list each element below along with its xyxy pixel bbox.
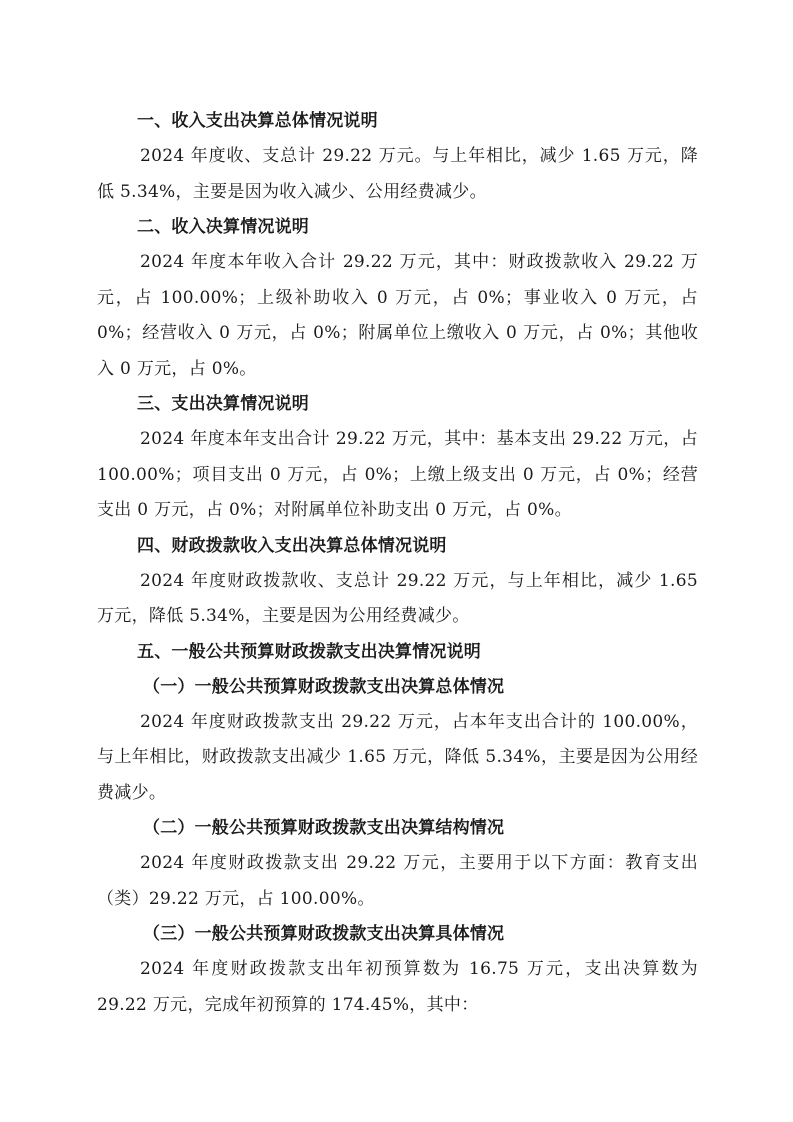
document-page: 一、收入支出决算总体情况说明 2024 年度收、支总计 29.22 万元。与上年… (97, 104, 698, 1023)
subsection-heading-5-1: （一）一般公共预算财政拨款支出决算总体情况 (97, 670, 698, 705)
section-heading-2: 二、收入决算情况说明 (97, 210, 698, 245)
subsection-body-5-3: 2024 年度财政拨款支出年初预算数为 16.75 万元，支出决算数为 29.2… (97, 952, 698, 1023)
subsection-heading-5-2: （二）一般公共预算财政拨款支出决算结构情况 (97, 811, 698, 846)
section-body-3: 2024 年度本年支出合计 29.22 万元，其中：基本支出 29.22 万元，… (97, 422, 698, 529)
section-heading-1: 一、收入支出决算总体情况说明 (97, 104, 698, 139)
section-body-4: 2024 年度财政拨款收、支总计 29.22 万元，与上年相比，减少 1.65 … (97, 564, 698, 635)
subsection-body-5-2: 2024 年度财政拨款支出 29.22 万元，主要用于以下方面：教育支出（类）2… (97, 846, 698, 917)
section-body-2: 2024 年度本年收入合计 29.22 万元，其中：财政拨款收入 29.22 万… (97, 245, 698, 387)
subsection-body-5-1: 2024 年度财政拨款支出 29.22 万元，占本年支出合计的 100.00%，… (97, 705, 698, 812)
section-heading-4: 四、财政拨款收入支出决算总体情况说明 (97, 529, 698, 564)
section-heading-5: 五、一般公共预算财政拨款支出决算情况说明 (97, 635, 698, 670)
subsection-heading-5-3: （三）一般公共预算财政拨款支出决算具体情况 (97, 917, 698, 952)
section-body-1: 2024 年度收、支总计 29.22 万元。与上年相比，减少 1.65 万元，降… (97, 139, 698, 210)
section-heading-3: 三、支出决算情况说明 (97, 387, 698, 422)
